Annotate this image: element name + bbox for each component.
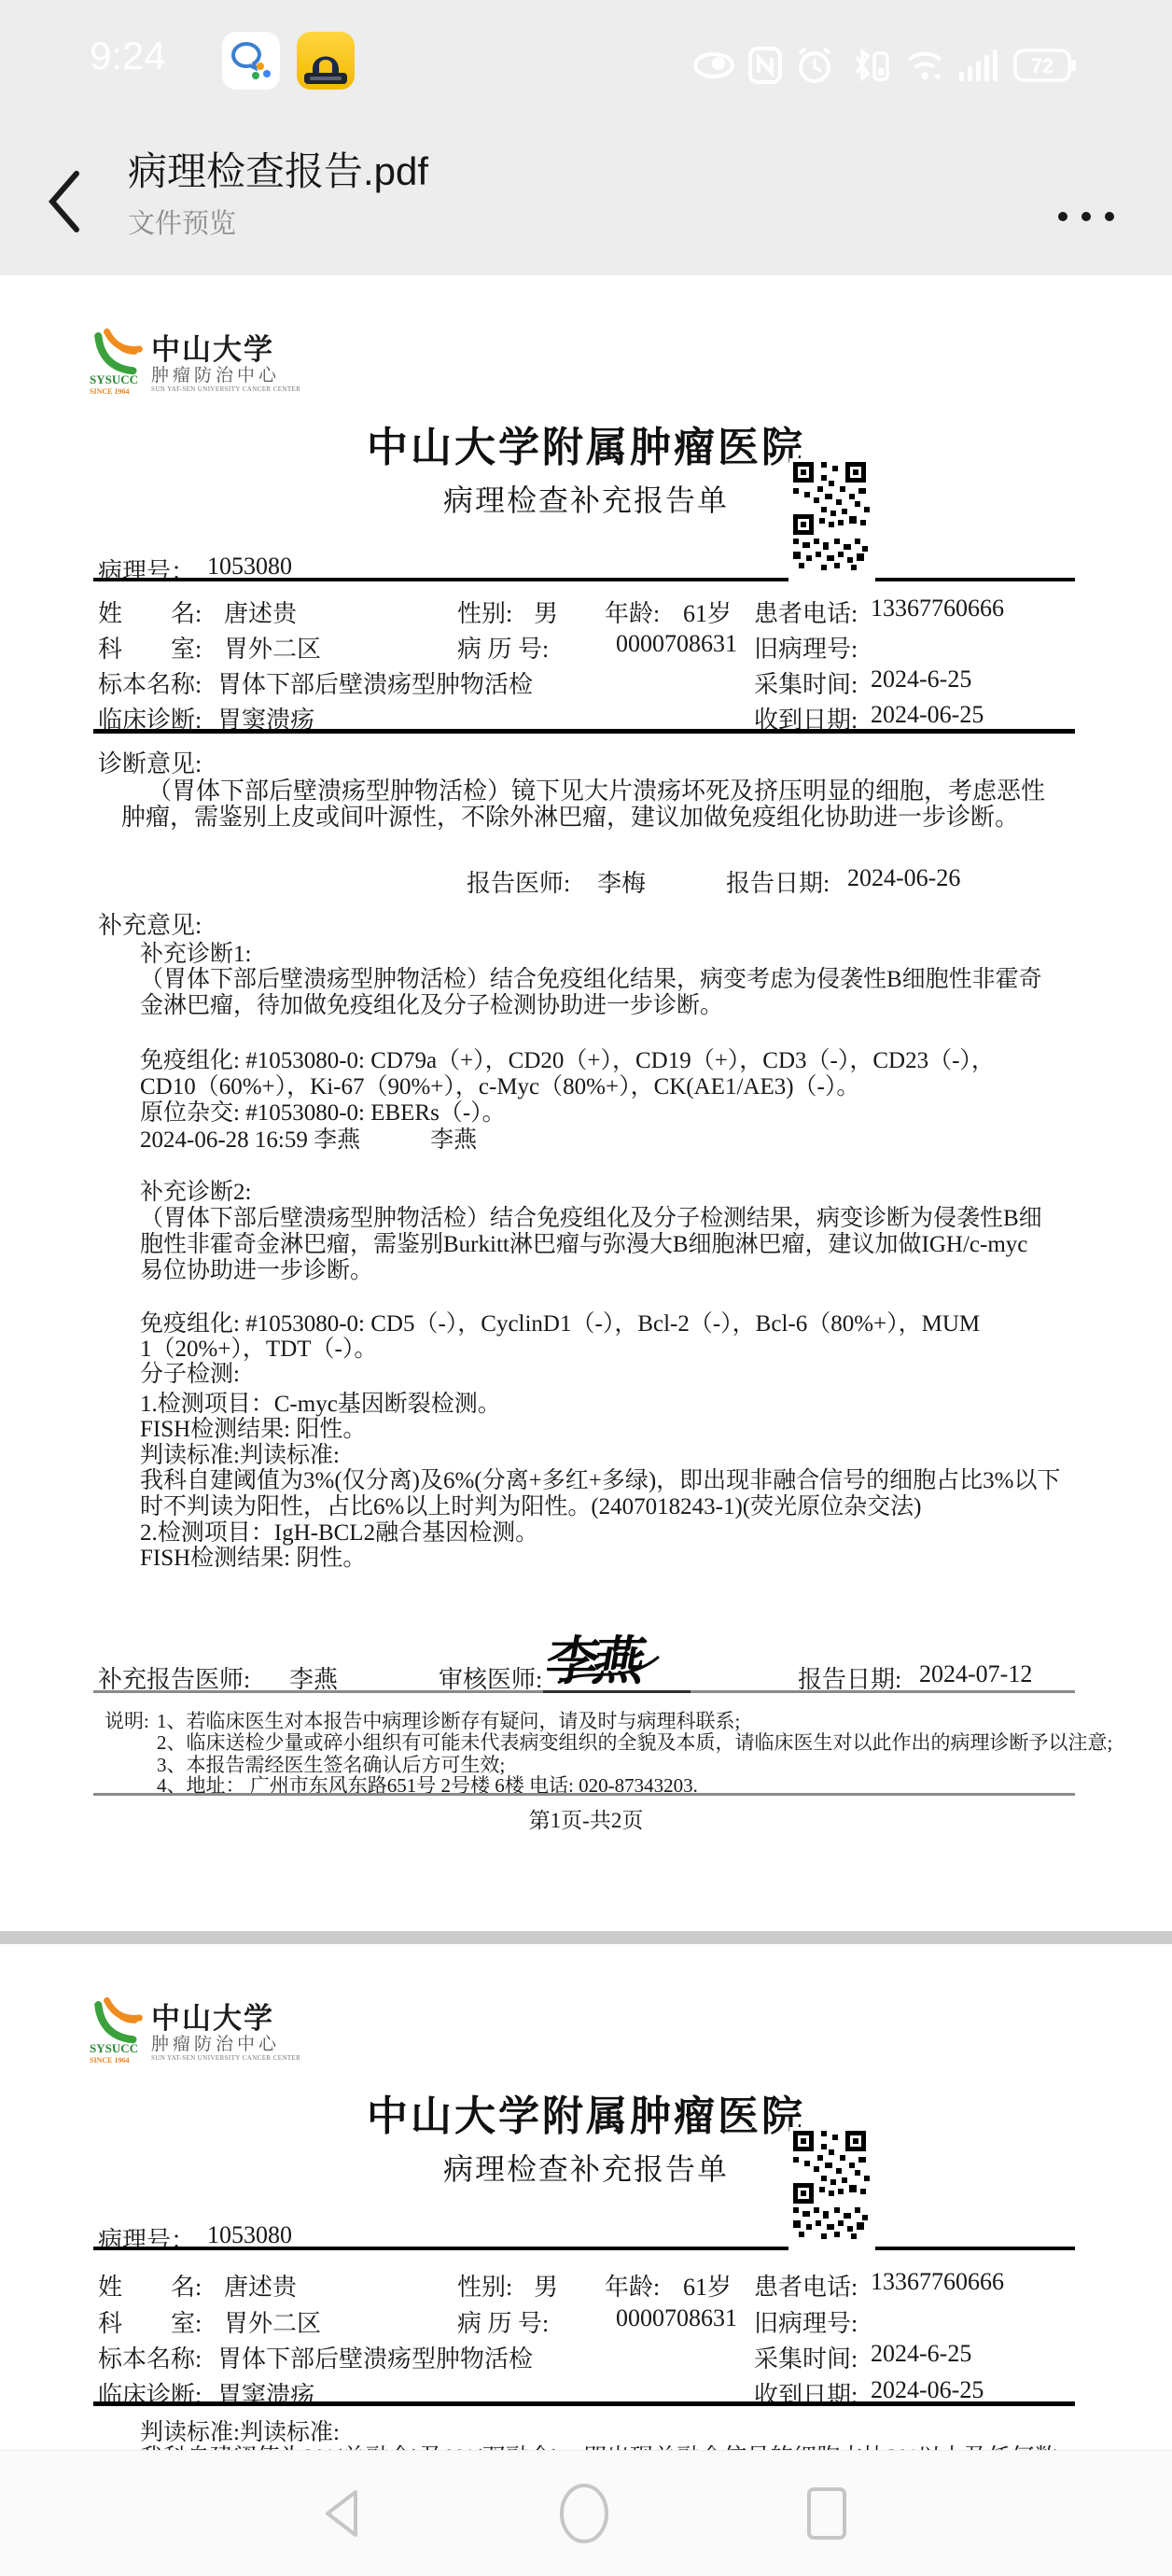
pdf-viewer[interactable]: 中山大学 肿瘤防治中心 SUN YAT-SEN UNIVERSITY CANCE… bbox=[0, 275, 1172, 2450]
specimen-value: 胃体下部后壁溃疡型肿物活检 bbox=[217, 2340, 533, 2374]
diagnosis-line-2: 肿瘤，需鉴别上皮或间叶源性，不除外淋巴瘤，建议加做免疫组化协助进一步诊断。 bbox=[121, 798, 1019, 833]
menu-dot bbox=[1081, 212, 1091, 221]
collect-value: 2024-6-25 bbox=[871, 2340, 971, 2368]
phone-label: 患者电话: bbox=[754, 595, 858, 629]
signal-icon bbox=[959, 48, 1000, 83]
specimen-value: 胃体下部后壁溃疡型肿物活检 bbox=[217, 665, 533, 700]
dept-value: 胃外二区 bbox=[224, 630, 321, 665]
logo-english-name: SUN YAT-SEN UNIVERSITY CANCER CENTER bbox=[151, 2054, 300, 2062]
status-icon-group: 72 bbox=[692, 39, 1079, 91]
gender-value: 男 bbox=[534, 2268, 558, 2303]
logo-center-name: 肿瘤防治中心 bbox=[151, 2030, 280, 2055]
pathology-no-value: 1053080 bbox=[207, 553, 292, 581]
mol-fish2: FISH检测结果: 阴性。 bbox=[140, 1539, 366, 1573]
nav-back-button[interactable] bbox=[308, 2483, 373, 2544]
age-value: 61岁 bbox=[683, 595, 732, 629]
name-label: 姓 名: bbox=[98, 595, 202, 629]
gender-label: 性别: bbox=[457, 595, 512, 629]
report-doctor-label: 报告医师: bbox=[467, 864, 570, 899]
name-value: 唐述贵 bbox=[224, 2268, 297, 2303]
collect-label: 采集时间: bbox=[754, 2340, 858, 2374]
record-label: 病 历 号: bbox=[457, 630, 549, 665]
hospital-title: 中山大学附属肿瘤医院 bbox=[0, 413, 1172, 473]
file-title: 病理检查报告.pdf bbox=[128, 147, 428, 197]
pdf-page-2: 中山大学 肿瘤防治中心 SUN YAT-SEN UNIVERSITY CANCE… bbox=[0, 1944, 1172, 2450]
pathology-no-label: 病理号： bbox=[98, 2221, 195, 2256]
logo-since-text: SINCE 1964 bbox=[90, 2056, 129, 2065]
pdf-page-1: 中山大学 肿瘤防治中心 SUN YAT-SEN UNIVERSITY CANCE… bbox=[0, 275, 1172, 1931]
p2-std-line: 我科自建阈值为2%(单融合)及0%(双融合)，即出现单融合信号的细胞占比2%以上… bbox=[140, 2439, 1057, 2450]
divider bbox=[93, 2247, 788, 2250]
specimen-label: 标本名称: bbox=[98, 2340, 202, 2374]
qr-code bbox=[789, 2127, 870, 2241]
nav-back-icon bbox=[316, 2485, 365, 2542]
logo-english-name: SUN YAT-SEN UNIVERSITY CANCER CENTER bbox=[151, 385, 300, 393]
report-date-value: 2024-06-26 bbox=[847, 864, 960, 892]
divider bbox=[93, 1793, 1075, 1796]
more-menu-button[interactable] bbox=[1058, 198, 1133, 235]
wechat-work-app-icon bbox=[222, 32, 280, 90]
record-value: 0000708631 bbox=[616, 2304, 737, 2332]
nfc-icon bbox=[748, 47, 782, 84]
gender-label: 性别: bbox=[457, 2268, 512, 2303]
auditor-signature: 李燕 bbox=[539, 1629, 689, 1694]
svg-text:72: 72 bbox=[1031, 54, 1053, 77]
phone-screen: 9:24 bbox=[0, 0, 1172, 2576]
notes-label: 说明: bbox=[105, 1706, 149, 1734]
pathology-no-value: 1053080 bbox=[207, 2221, 292, 2249]
hospital-logo: 中山大学 肿瘤防治中心 SUN YAT-SEN UNIVERSITY CANCE… bbox=[90, 328, 332, 402]
old-no-label: 旧病理号: bbox=[754, 630, 858, 665]
name-label: 姓 名: bbox=[98, 2268, 202, 2303]
car-app-icon bbox=[297, 32, 355, 90]
file-subtitle: 文件预览 bbox=[128, 203, 428, 241]
divider bbox=[875, 2247, 1075, 2250]
menu-dot bbox=[1105, 212, 1114, 221]
report-title: 病理检查补充报告单 bbox=[0, 477, 1172, 520]
dept-value: 胃外二区 bbox=[224, 2304, 321, 2339]
sign-line: 2024-06-28 16:59 李燕 李燕 bbox=[140, 1121, 477, 1155]
bluetooth-battery-icon bbox=[847, 46, 890, 85]
mol-heading: 分子检测: bbox=[140, 1355, 240, 1389]
pathology-no-label: 病理号： bbox=[98, 553, 195, 587]
record-label: 病 历 号: bbox=[457, 2304, 549, 2339]
phone-label: 患者电话: bbox=[754, 2268, 858, 2303]
phone-value: 13367760666 bbox=[871, 2268, 1004, 2296]
gender-value: 男 bbox=[534, 595, 558, 629]
eye-icon bbox=[692, 49, 735, 81]
receive-value: 2024-06-25 bbox=[871, 2376, 984, 2404]
wifi-icon bbox=[903, 47, 946, 84]
back-button[interactable] bbox=[41, 164, 88, 239]
nav-home-icon bbox=[557, 2482, 611, 2545]
logo-since-text: SINCE 1964 bbox=[90, 387, 129, 396]
alarm-icon bbox=[795, 46, 834, 85]
specimen-label: 标本名称: bbox=[98, 665, 202, 700]
page-separator bbox=[0, 1931, 1172, 1944]
nav-recents-button[interactable] bbox=[794, 2483, 859, 2544]
name-value: 唐述贵 bbox=[224, 595, 297, 629]
supp-date-value: 2024-07-12 bbox=[919, 1660, 1032, 1688]
supp-diag1-line2: 金淋巴瘤，待加做免疫组化及分子检测协助进一步诊断。 bbox=[140, 987, 723, 1020]
receive-value: 2024-06-25 bbox=[871, 701, 984, 729]
phone-value: 13367760666 bbox=[871, 595, 1004, 623]
age-value: 61岁 bbox=[683, 2268, 732, 2303]
back-chevron-icon bbox=[41, 164, 88, 239]
page-number: 第1页-共2页 bbox=[0, 1803, 1172, 1834]
logo-sysucc-text: SYSUCC bbox=[90, 2041, 138, 2056]
report-title: 病理检查补充报告单 bbox=[0, 2146, 1172, 2189]
hospital-title: 中山大学附属肿瘤医院 bbox=[0, 2082, 1172, 2142]
app-header: 病理检查报告.pdf 文件预览 bbox=[0, 121, 1172, 275]
age-label: 年龄: bbox=[605, 595, 660, 629]
status-time: 9:24 bbox=[90, 34, 166, 78]
qr-code bbox=[789, 458, 870, 572]
nav-home-button[interactable] bbox=[551, 2483, 617, 2544]
battery-icon: 72 bbox=[1013, 47, 1079, 84]
divider bbox=[875, 578, 1075, 581]
collect-value: 2024-6-25 bbox=[871, 665, 971, 693]
record-value: 0000708631 bbox=[616, 630, 737, 658]
logo-center-name: 肿瘤防治中心 bbox=[151, 361, 280, 386]
logo-sysucc-text: SYSUCC bbox=[90, 372, 138, 387]
age-label: 年龄: bbox=[605, 2268, 660, 2303]
report-doctor-value: 李梅 bbox=[597, 864, 646, 899]
hospital-logo: 中山大学 肿瘤防治中心 SUN YAT-SEN UNIVERSITY CANCE… bbox=[90, 1996, 332, 2071]
status-bar: 9:24 bbox=[0, 0, 1172, 121]
menu-dot bbox=[1058, 212, 1067, 221]
top-chrome: 9:24 bbox=[0, 0, 1172, 275]
divider bbox=[93, 729, 1075, 734]
report-date-label: 报告日期: bbox=[726, 864, 830, 899]
nav-recents-icon bbox=[804, 2485, 849, 2542]
supp-diag2-line3: 易位协助进一步诊断。 bbox=[140, 1252, 373, 1285]
collect-label: 采集时间: bbox=[754, 665, 858, 700]
divider bbox=[93, 2401, 1075, 2406]
android-nav-bar bbox=[0, 2450, 1172, 2576]
signature-underline bbox=[543, 1690, 691, 1693]
old-no-label: 旧病理号: bbox=[754, 2304, 858, 2339]
divider bbox=[93, 578, 788, 581]
dept-label: 科 室: bbox=[98, 2304, 202, 2339]
dept-label: 科 室: bbox=[98, 630, 202, 665]
